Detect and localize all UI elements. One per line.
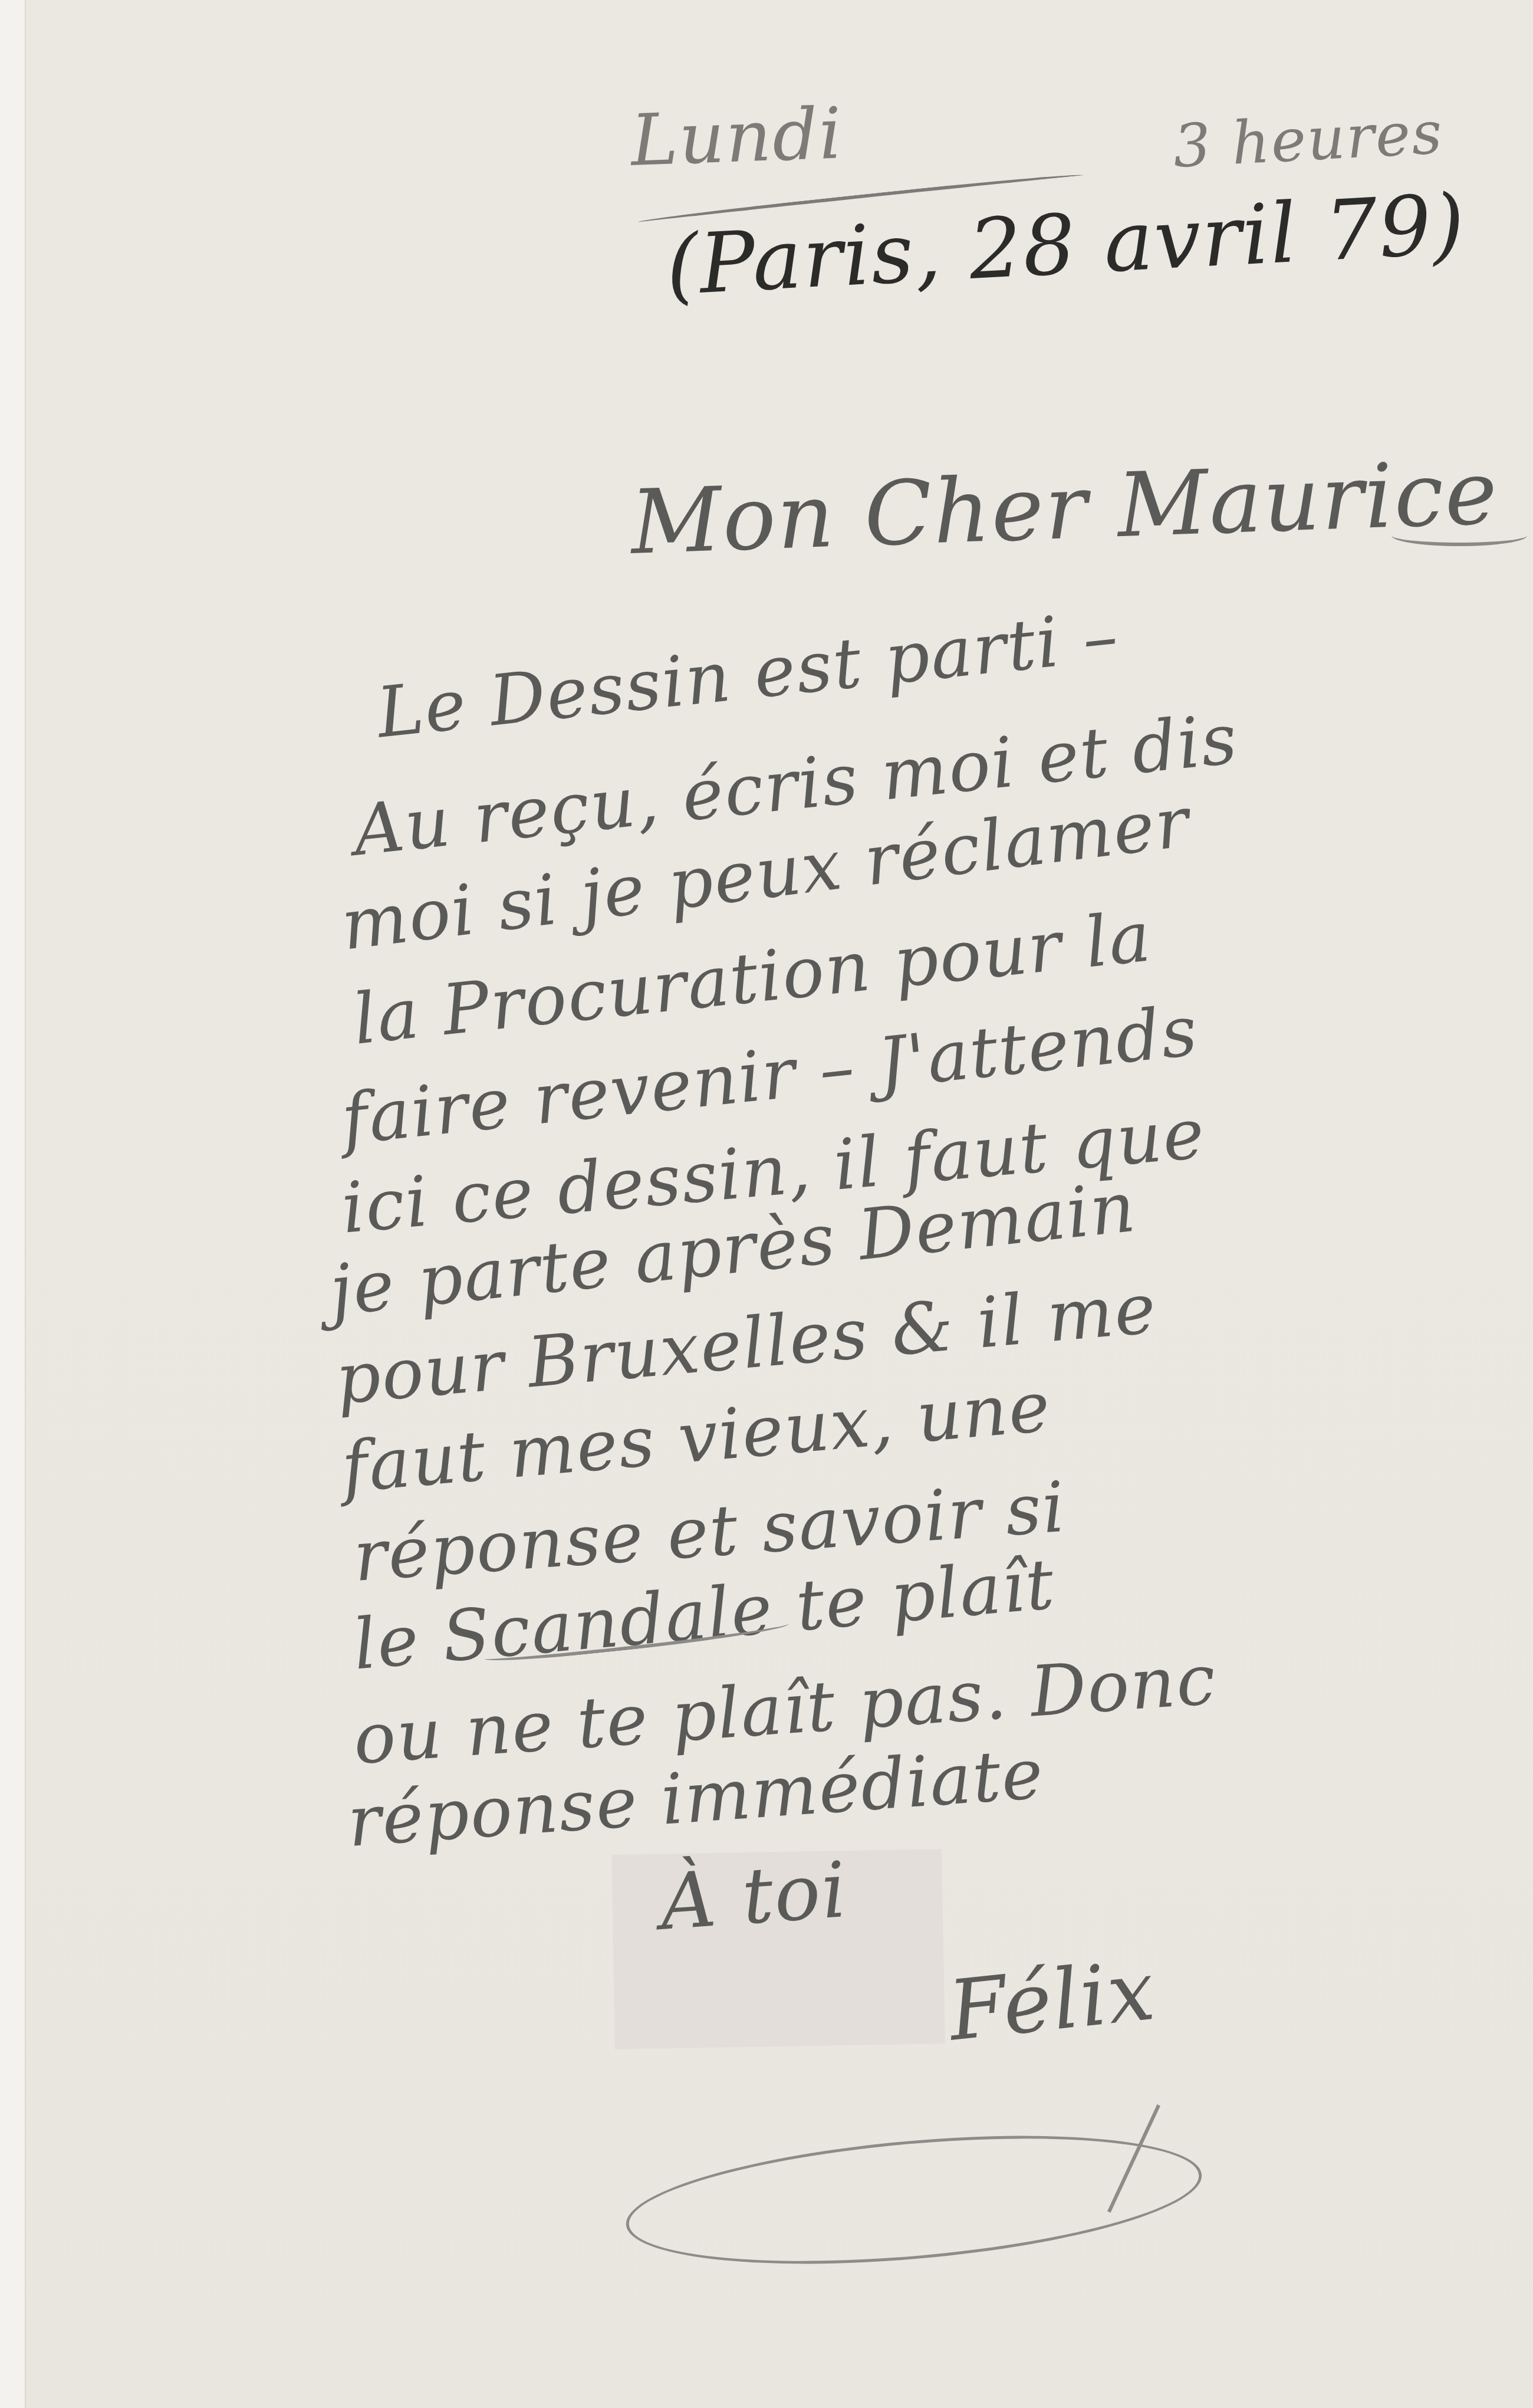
closing: À toi: [657, 1845, 850, 1947]
header-day: Lundi: [630, 93, 844, 182]
mount-strip: [0, 0, 25, 2408]
greeting-flourish: [1391, 525, 1527, 546]
header-time: 3 heures: [1172, 98, 1445, 181]
